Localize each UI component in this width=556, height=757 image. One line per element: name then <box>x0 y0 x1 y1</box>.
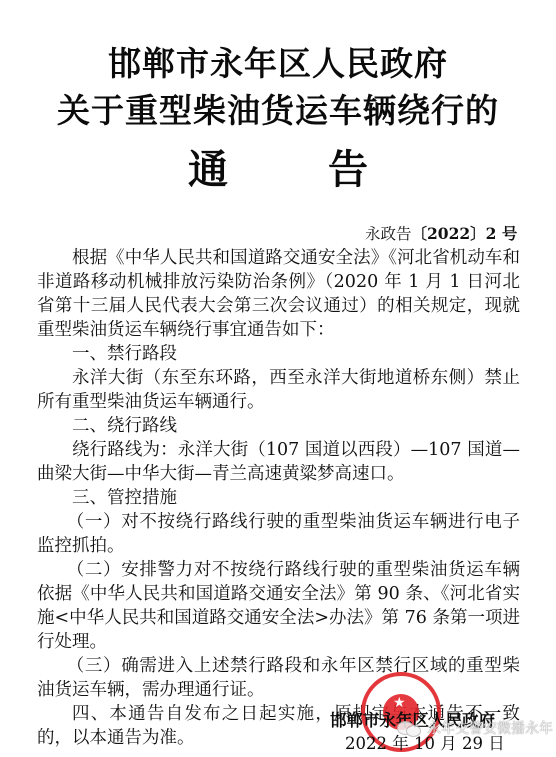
doc-number-suffix: 2 号 <box>486 224 518 243</box>
seal-star-icon: ★ <box>393 696 406 710</box>
paragraph-section-2: 绕行路线为：永洋大街（107 国道以西段）—107 国道—曲梁大街—中华大街—青… <box>37 438 520 486</box>
document-number: 永政告〔2022〕2 号 <box>365 224 517 244</box>
section-heading-1: 一、禁行路段 <box>37 342 520 366</box>
paragraph-intro: 根据《中华人民共和国道路交通安全法》《河北省机动车和非道路移动机械排放污染防治条… <box>37 246 520 342</box>
notice-char-2: 告 <box>328 146 368 194</box>
document-body: 根据《中华人民共和国道路交通安全法》《河北省机动车和非道路移动机械排放污染防治条… <box>37 246 520 750</box>
doc-number-prefix: 永政告 <box>365 225 412 243</box>
wechat-icon <box>397 719 421 737</box>
notice-char-1: 通 <box>188 146 228 194</box>
watermark: 永年交警安微播永年 <box>397 717 553 739</box>
measure-item-2: （二）安排警力对不按绕行路线行驶的重型柴油货运车辆依据《中华人民共和国道路交通安… <box>37 558 520 654</box>
document-title-line1: 邯郸市永年区人民政府 <box>0 42 556 86</box>
document-title-notice: 通告 <box>0 146 556 194</box>
measure-item-1: （一）对不按绕行路线行驶的重型柴油货运车辆进行电子监控抓拍。 <box>37 510 520 558</box>
measure-item-3: （三）确需进入上述禁行路段和永年区禁行区域的重型柴油货运车辆，需办理通行证。 <box>37 654 520 702</box>
doc-number-year: 〔2022〕 <box>412 224 486 243</box>
paragraph-section-1: 永洋大街（东至东环路，西至永洋大街地道桥东侧）禁止所有重型柴油货运车辆通行。 <box>37 366 520 414</box>
watermark-text: 永年交警安微播永年 <box>427 718 553 738</box>
document-title-line2: 关于重型柴油货运车辆绕行的 <box>0 89 556 133</box>
section-heading-3: 三、管控措施 <box>37 486 520 510</box>
section-heading-2: 二、绕行路线 <box>37 414 520 438</box>
